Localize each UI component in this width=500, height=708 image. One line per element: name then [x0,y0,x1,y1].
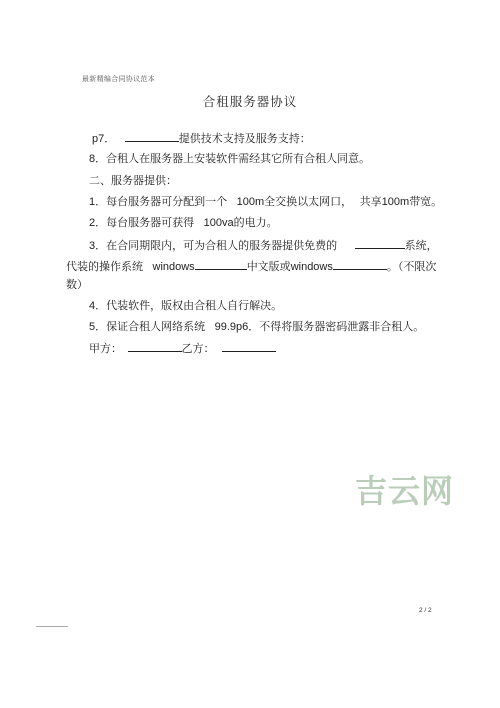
blank-field [125,131,179,142]
clause-3: 3．在合同期限内，可为合租人的服务器提供免费的 系统， [89,238,438,253]
clause-text: 。（不限次 [387,260,437,273]
clause-text: 保证合租人网络系统 [106,320,205,333]
clause-text: 全交换以太网口， [264,195,352,208]
clause-text: ．不得将服务器密码泄露非合租人。 [248,320,424,333]
blank-field [333,259,387,270]
clause-text: 每台服务器可获得 [106,216,194,229]
section-heading: 二、服务器提供： [89,174,177,187]
clause-value: 100m [382,196,410,208]
clause-number: p7． [92,133,115,145]
clause-3-continued: 代装的操作系统 windows中文版或windows。（不限次 [66,259,436,274]
clause-4: 4．代装软件，版权由合租人自行解决。 [89,299,282,313]
clause-3-end: 数） [66,278,88,292]
clause-text: 共享 [360,195,382,208]
clause-text: 代装的操作系统 [66,260,143,273]
clause-8: 8．合租人在服务器上安装软件需经其它所有合租人同意。 [89,152,370,166]
document-page: 最新精编合同协议范本 合租服务器协议 p7． 提供技术支持及服务支持： 8．合租… [0,0,500,708]
clause-text: 提供技术支持及服务支持： [179,132,311,145]
clause-text: 数） [66,278,88,291]
clause-value: windows [291,261,333,273]
party-b-signature-blank [222,341,276,352]
blank-field [195,259,247,270]
clause-number: 5． [89,321,106,333]
page-number: 2 / 2 [419,607,432,614]
clause-text: 中文版或 [247,260,291,273]
clause-value: 99.9p6 [215,321,249,333]
clause-text: 带宽。 [409,195,442,208]
clause-text: 代装软件，版权由合租人自行解决。 [106,299,282,312]
watermark-logo: 吉云网 [355,466,454,512]
clause-value: windows [153,261,195,273]
clause-number: 1． [89,196,106,208]
clause-text: 系统， [405,239,438,252]
section-heading-server-provision: 二、服务器提供： [89,174,177,188]
header-note: 最新精编合同协议范本 [82,74,155,84]
footnote-divider [36,626,68,627]
party-b-label: 乙方： [182,342,215,355]
clause-p7: p7． 提供技术支持及服务支持： [92,131,311,146]
clause-number: 3． [89,240,106,252]
clause-text: 的电力。 [234,216,278,229]
clause-5: 5．保证合租人网络系统 99.9p6．不得将服务器密码泄露非合租人。 [89,320,424,334]
blank-field [355,238,405,249]
clause-text: 在合同期限内，可为合租人的服务器提供免费的 [106,239,337,252]
party-a-label: 甲方： [89,342,122,355]
clause-value: 100m [237,196,265,208]
clause-number: 2． [89,217,106,229]
clause-value: 100va [204,217,234,229]
clause-1: 1．每台服务器可分配到一个 100m全交换以太网口， 共享100m带宽。 [89,195,442,209]
signature-line: 甲方： 乙方： [89,341,276,356]
clause-text: 合租人在服务器上安装软件需经其它所有合租人同意。 [106,152,370,165]
clause-2: 2．每台服务器可获得 100va的电力。 [89,216,278,230]
document-title: 合租服务器协议 [0,92,500,110]
clause-number: 8． [89,153,106,165]
party-a-signature-blank [128,341,182,352]
clause-text: 每台服务器可分配到一个 [106,195,227,208]
clause-number: 4． [89,300,106,312]
